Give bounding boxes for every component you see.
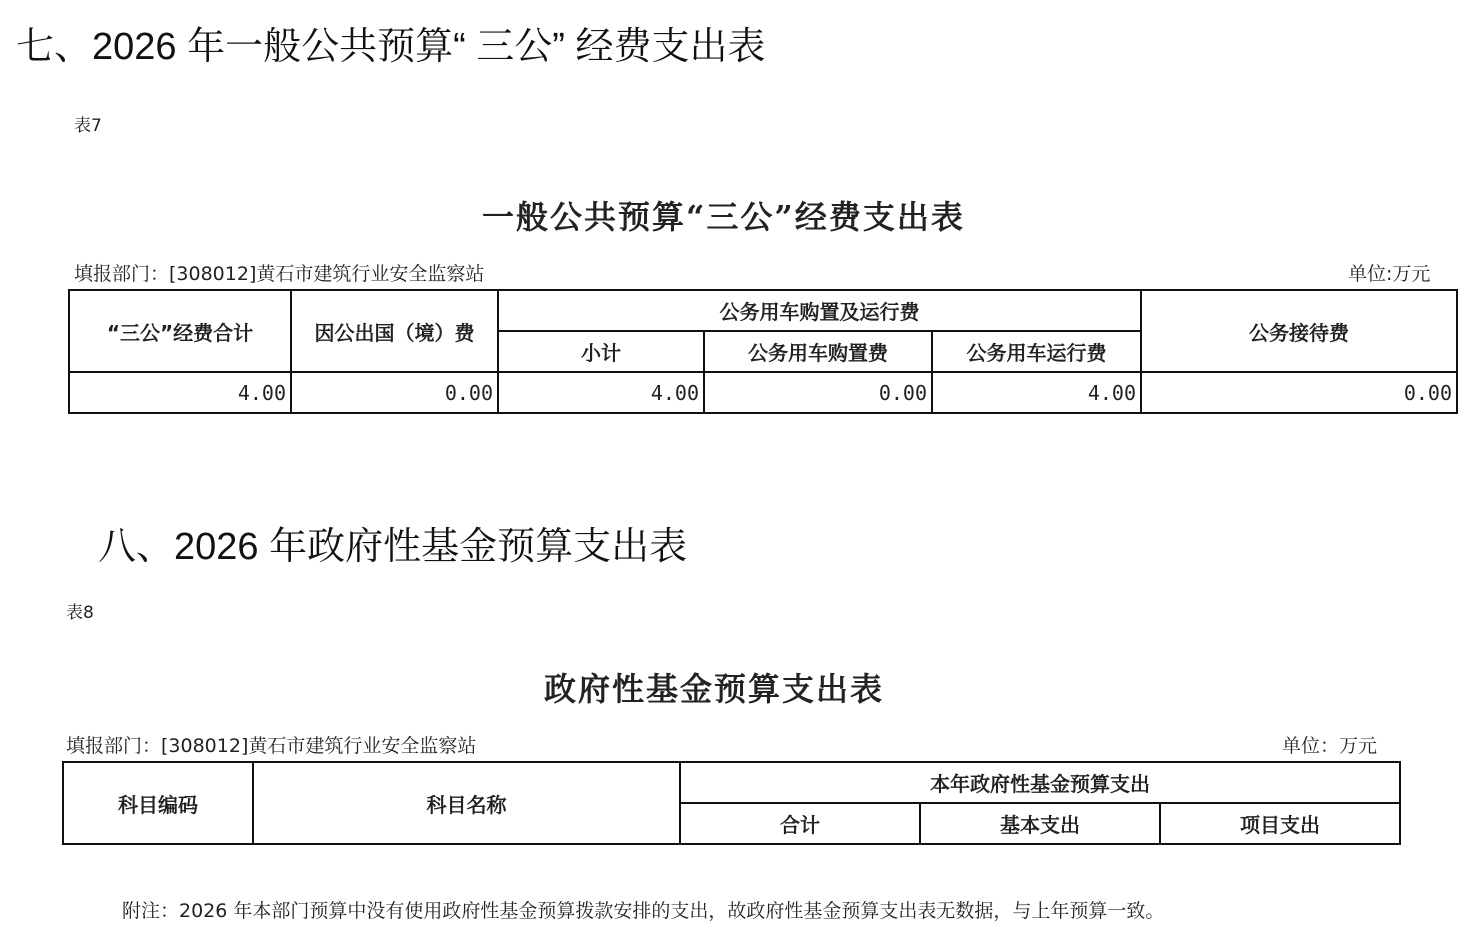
section-8-heading: 八、2026 年政府性基金预算支出表 xyxy=(98,524,687,570)
table-8-department: 填报部门：[308012]黄石市建筑行业安全监察站 xyxy=(66,731,476,758)
header-subject-name: 科目名称 xyxy=(253,762,680,844)
cell-subtotal: 4.00 xyxy=(498,372,704,413)
cell-vehicle-operation: 4.00 xyxy=(932,372,1141,413)
header-subject-code: 科目编码 xyxy=(63,762,253,844)
table-8-number: 表8 xyxy=(66,598,94,623)
three-public-expenses-table: “三公”经费合计 因公出国（境）费 公务用车购置及运行费 公务接待费 小计 公务… xyxy=(68,289,1458,414)
header-vehicle-operation: 公务用车运行费 xyxy=(932,331,1141,372)
header-vehicle-purchase: 公务用车购置费 xyxy=(704,331,932,372)
table-7-title: 一般公共预算“三公”经费支出表 xyxy=(482,192,965,238)
cell-total: 4.00 xyxy=(69,372,291,413)
table-row: 4.00 0.00 4.00 0.00 4.00 0.00 xyxy=(69,372,1457,413)
table-7-department: 填报部门：[308012]黄石市建筑行业安全监察站 xyxy=(74,259,484,286)
cell-vehicle-purchase: 0.00 xyxy=(704,372,932,413)
header-project-expenditure: 项目支出 xyxy=(1160,803,1400,844)
header-reception: 公务接待费 xyxy=(1141,290,1457,372)
table-7-unit: 单位:万元 xyxy=(1348,259,1430,286)
footnote: 附注：2026 年本部门预算中没有使用政府性基金预算拨款安排的支出，故政府性基金… xyxy=(122,896,1164,923)
header-fund-expenditure-group: 本年政府性基金预算支出 xyxy=(680,762,1400,803)
cell-reception: 0.00 xyxy=(1141,372,1457,413)
header-basic-expenditure: 基本支出 xyxy=(920,803,1160,844)
cell-overseas: 0.00 xyxy=(291,372,498,413)
section-7-heading: 七、2026 年一般公共预算“ 三公” 经费支出表 xyxy=(16,24,766,70)
header-subtotal: 小计 xyxy=(498,331,704,372)
government-fund-table: 科目编码 科目名称 本年政府性基金预算支出 合计 基本支出 项目支出 xyxy=(62,761,1401,845)
header-total: 合计 xyxy=(680,803,920,844)
header-three-public-total: “三公”经费合计 xyxy=(69,290,291,372)
table-7-number: 表7 xyxy=(74,111,102,136)
header-overseas-travel: 因公出国（境）费 xyxy=(291,290,498,372)
table-8-unit: 单位：万元 xyxy=(1282,731,1377,758)
header-vehicle-group: 公务用车购置及运行费 xyxy=(498,290,1141,331)
table-8-title: 政府性基金预算支出表 xyxy=(544,664,884,710)
